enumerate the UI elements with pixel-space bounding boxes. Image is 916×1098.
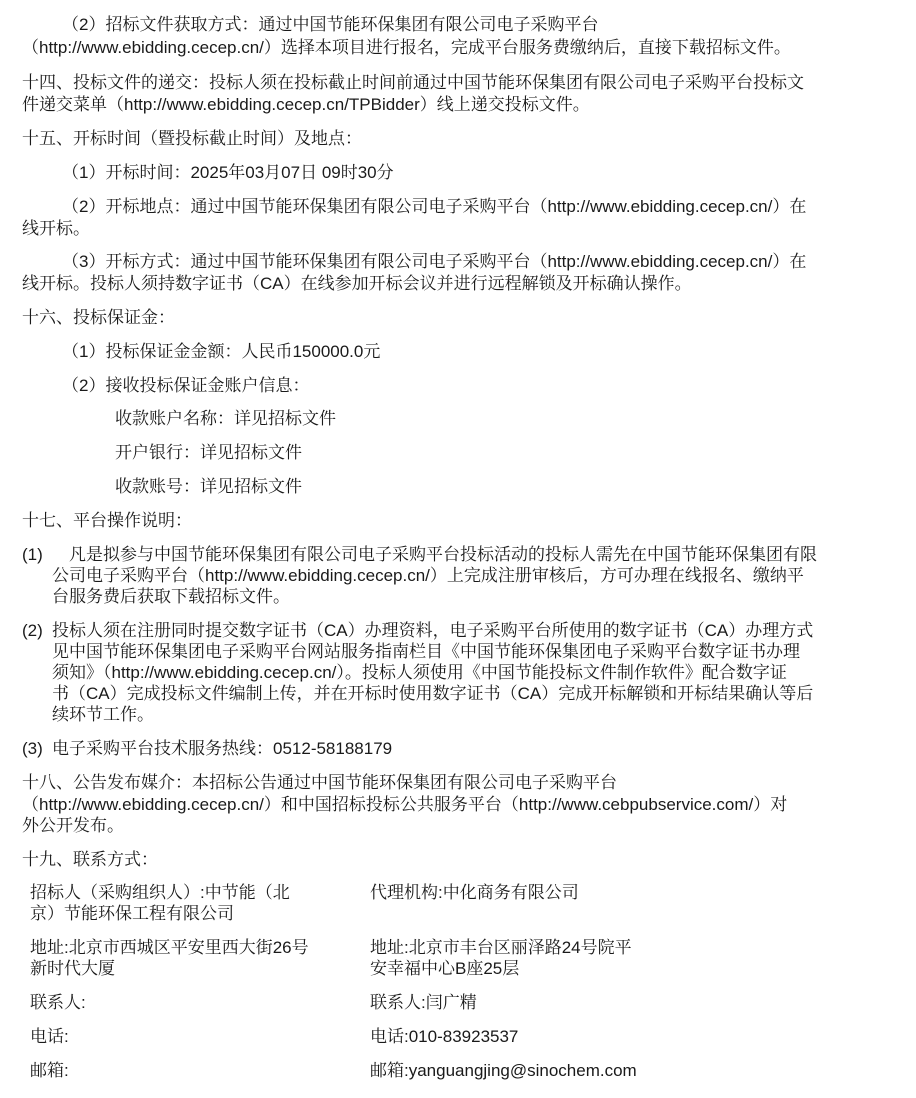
sec16-item1: （1）投标保证金金额：人民币150000.0元	[62, 341, 380, 362]
agency-address-line1: 地址:北京市丰台区丽泽路24号院平	[370, 937, 670, 958]
list-line: 公司电子采购平台（http://www.ebidding.cecep.cn/）上…	[52, 565, 804, 586]
sec18-line3: 外公开发布。	[22, 815, 124, 836]
sec18-line1: 十八、公告发布媒介：本招标公告通过中国节能环保集团有限公司电子采购平台	[22, 772, 617, 793]
sec13-item2-line1: （2）招标文件获取方式：通过中国节能环保集团有限公司电子采购平台	[62, 14, 598, 35]
agency-address-line2: 安幸福中心B座25层	[370, 958, 670, 979]
agency-email: 邮箱:yanguangjing@sinochem.com	[370, 1060, 790, 1081]
sec13-item2-line2: （http://www.ebidding.cecep.cn/）选择本项目进行报名…	[22, 37, 791, 58]
sec15-item3-line1: （3）开标方式：通过中国节能环保集团有限公司电子采购平台（http://www.…	[62, 251, 806, 272]
sec15-item3-line2: 线开标。投标人须持数字证书（CA）在线参加开标会议并进行远程解锁及开标确认操作。	[22, 273, 692, 294]
sec15-heading: 十五、开标时间（暨投标截止时间）及地点：	[22, 128, 362, 149]
list-line: 续环节工作。	[52, 704, 154, 725]
sec16-bank: 开户银行：详见招标文件	[115, 442, 302, 463]
list-line: 电子采购平台技术服务热线：0512-58188179	[52, 738, 392, 759]
tenderer-email: 邮箱:	[30, 1060, 330, 1081]
sec14-line2: 件递交菜单（http://www.ebidding.cecep.cn/TPBid…	[22, 94, 590, 115]
list-line: 见中国节能环保集团电子采购平台网站服务指南栏目《中国节能环保集团电子采购平台数字…	[52, 641, 800, 662]
sec17-heading: 十七、平台操作说明：	[22, 510, 192, 531]
list-line: 凡是拟参与中国节能环保集团有限公司电子采购平台投标活动的投标人需先在中国节能环保…	[52, 544, 817, 565]
list-line: 投标人须在注册同时提交数字证书（CA）办理资料，电子采购平台所使用的数字证书（C…	[52, 620, 813, 641]
tenderer-address-line2: 新时代大厦	[30, 958, 330, 979]
tenderer-address-line1: 地址:北京市西城区平安里西大街26号	[30, 937, 330, 958]
sec15-item1: （1）开标时间：2025年03月07日 09时30分	[62, 162, 394, 183]
list-line: 书（CA）完成投标文件编制上传，并在开标时使用数字证书（CA）完成开标解锁和开标…	[52, 683, 813, 704]
list-line: 须知》（http://www.ebidding.cecep.cn/）。投标人须使…	[52, 662, 787, 683]
list-number: (2)	[22, 620, 43, 641]
sec14-line1: 十四、投标文件的递交：投标人须在投标截止时间前通过中国节能环保集团有限公司电子采…	[22, 72, 804, 93]
sec16-account-no: 收款账号：详见招标文件	[115, 476, 302, 497]
sec18-line2: （http://www.ebidding.cecep.cn/）和中国招标投标公共…	[22, 794, 787, 815]
list-number: (3)	[22, 738, 43, 759]
agency-contact: 联系人:闫广精	[370, 992, 670, 1013]
list-line: 台服务费后获取下载招标文件。	[52, 586, 290, 607]
tenderer-contact: 联系人:	[30, 992, 330, 1013]
list-number: (1)	[22, 544, 43, 565]
tenderer-line2: 京）节能环保工程有限公司	[30, 903, 330, 924]
sec16-item2: （2）接收投标保证金账户信息：	[62, 375, 309, 396]
sec15-item2-line1: （2）开标地点：通过中国节能环保集团有限公司电子采购平台（http://www.…	[62, 196, 806, 217]
sec16-account-name: 收款账户名称：详见招标文件	[115, 408, 336, 429]
agency-phone: 电话:010-83923537	[370, 1026, 670, 1047]
tenderer-line1: 招标人（采购组织人）:中节能（北	[30, 882, 330, 903]
sec15-item2-line2: 线开标。	[22, 218, 90, 239]
tenderer-phone: 电话:	[30, 1026, 330, 1047]
agency-name: 代理机构:中化商务有限公司	[370, 882, 670, 903]
sec19-heading: 十九、联系方式：	[22, 849, 158, 870]
sec16-heading: 十六、投标保证金：	[22, 307, 175, 328]
